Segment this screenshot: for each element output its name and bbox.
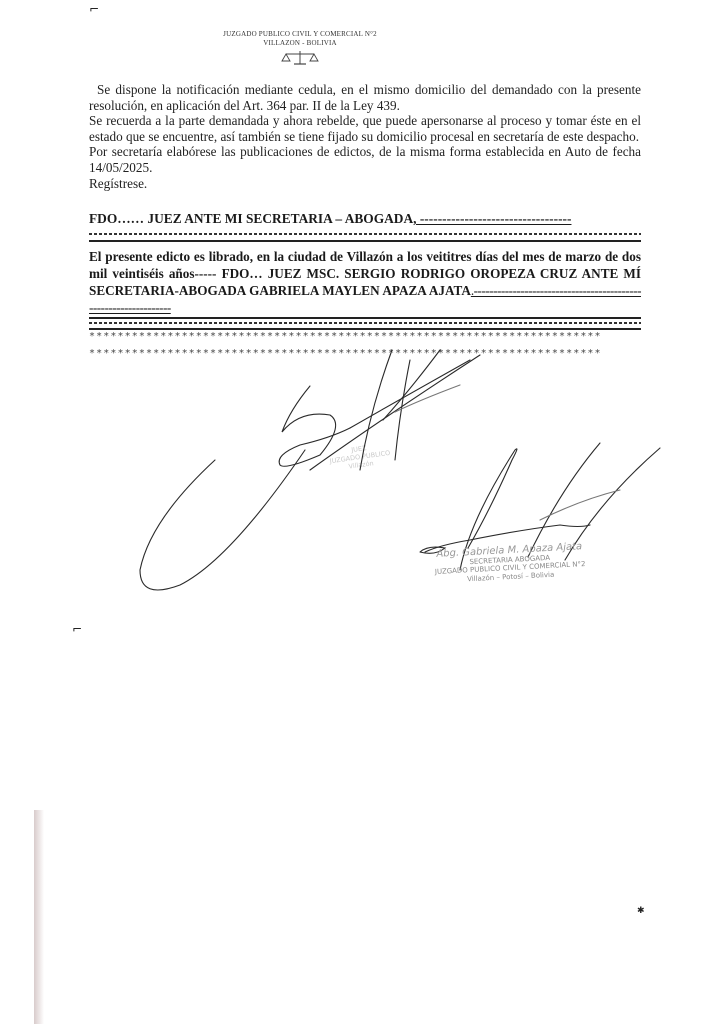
document-page: ⌐ ⌐ ✱ JUZGADO PUBLICO CIVIL Y COMERCIAL …	[0, 0, 725, 1024]
secretary-signature	[0, 0, 725, 1024]
